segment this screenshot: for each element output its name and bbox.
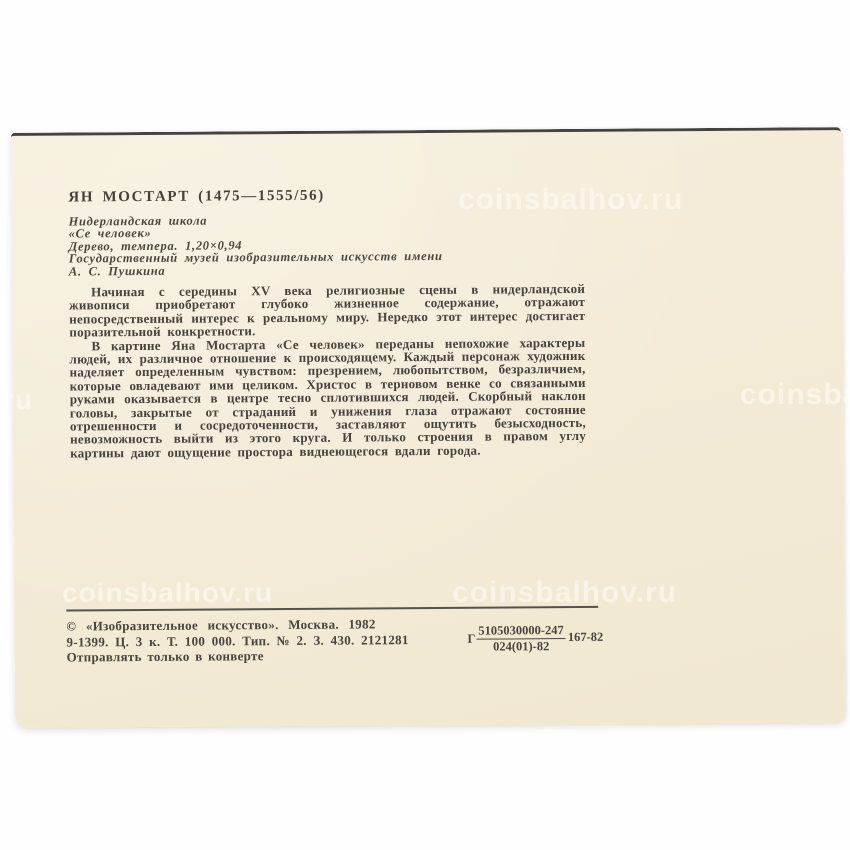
publisher-imprint: © «Изобразительное искусство». Москва. 1… [66, 605, 666, 665]
catalog-fraction: 5105030000-247 024(01)-82 [476, 624, 566, 654]
catalog-numerator: 5105030000-247 [476, 624, 566, 640]
catalog-suffix: 167-82 [568, 630, 604, 645]
imprint-divider [66, 606, 598, 612]
artist-name-and-dates: ЯН МОСТАРТ (1475—1555/56) [68, 186, 628, 207]
catalog-denominator: 024(01)-82 [476, 639, 566, 654]
description-text: Начиная с середины XV века религиозные с… [69, 282, 586, 460]
postcard-photo: ЯН МОСТАРТ (1475—1555/56) Нидерландская … [0, 0, 850, 850]
postcard: ЯН МОСТАРТ (1475—1555/56) Нидерландская … [11, 127, 845, 728]
imprint-rows: © «Изобразительное искусство». Москва. 1… [66, 614, 666, 665]
artwork-caption: ЯН МОСТАРТ (1475—1555/56) Нидерландская … [68, 186, 629, 278]
description-paragraph-1: Начиная с середины XV века религиозные с… [69, 282, 585, 339]
description-paragraph-2: В картине Яна Мостарта «Се человек» пере… [69, 336, 586, 460]
museum-name-line2: А. С. Пушкина [69, 261, 629, 277]
catalog-prefix: Г [467, 632, 475, 647]
catalog-code: Г 5105030000-247 024(01)-82 167-82 [467, 624, 603, 654]
